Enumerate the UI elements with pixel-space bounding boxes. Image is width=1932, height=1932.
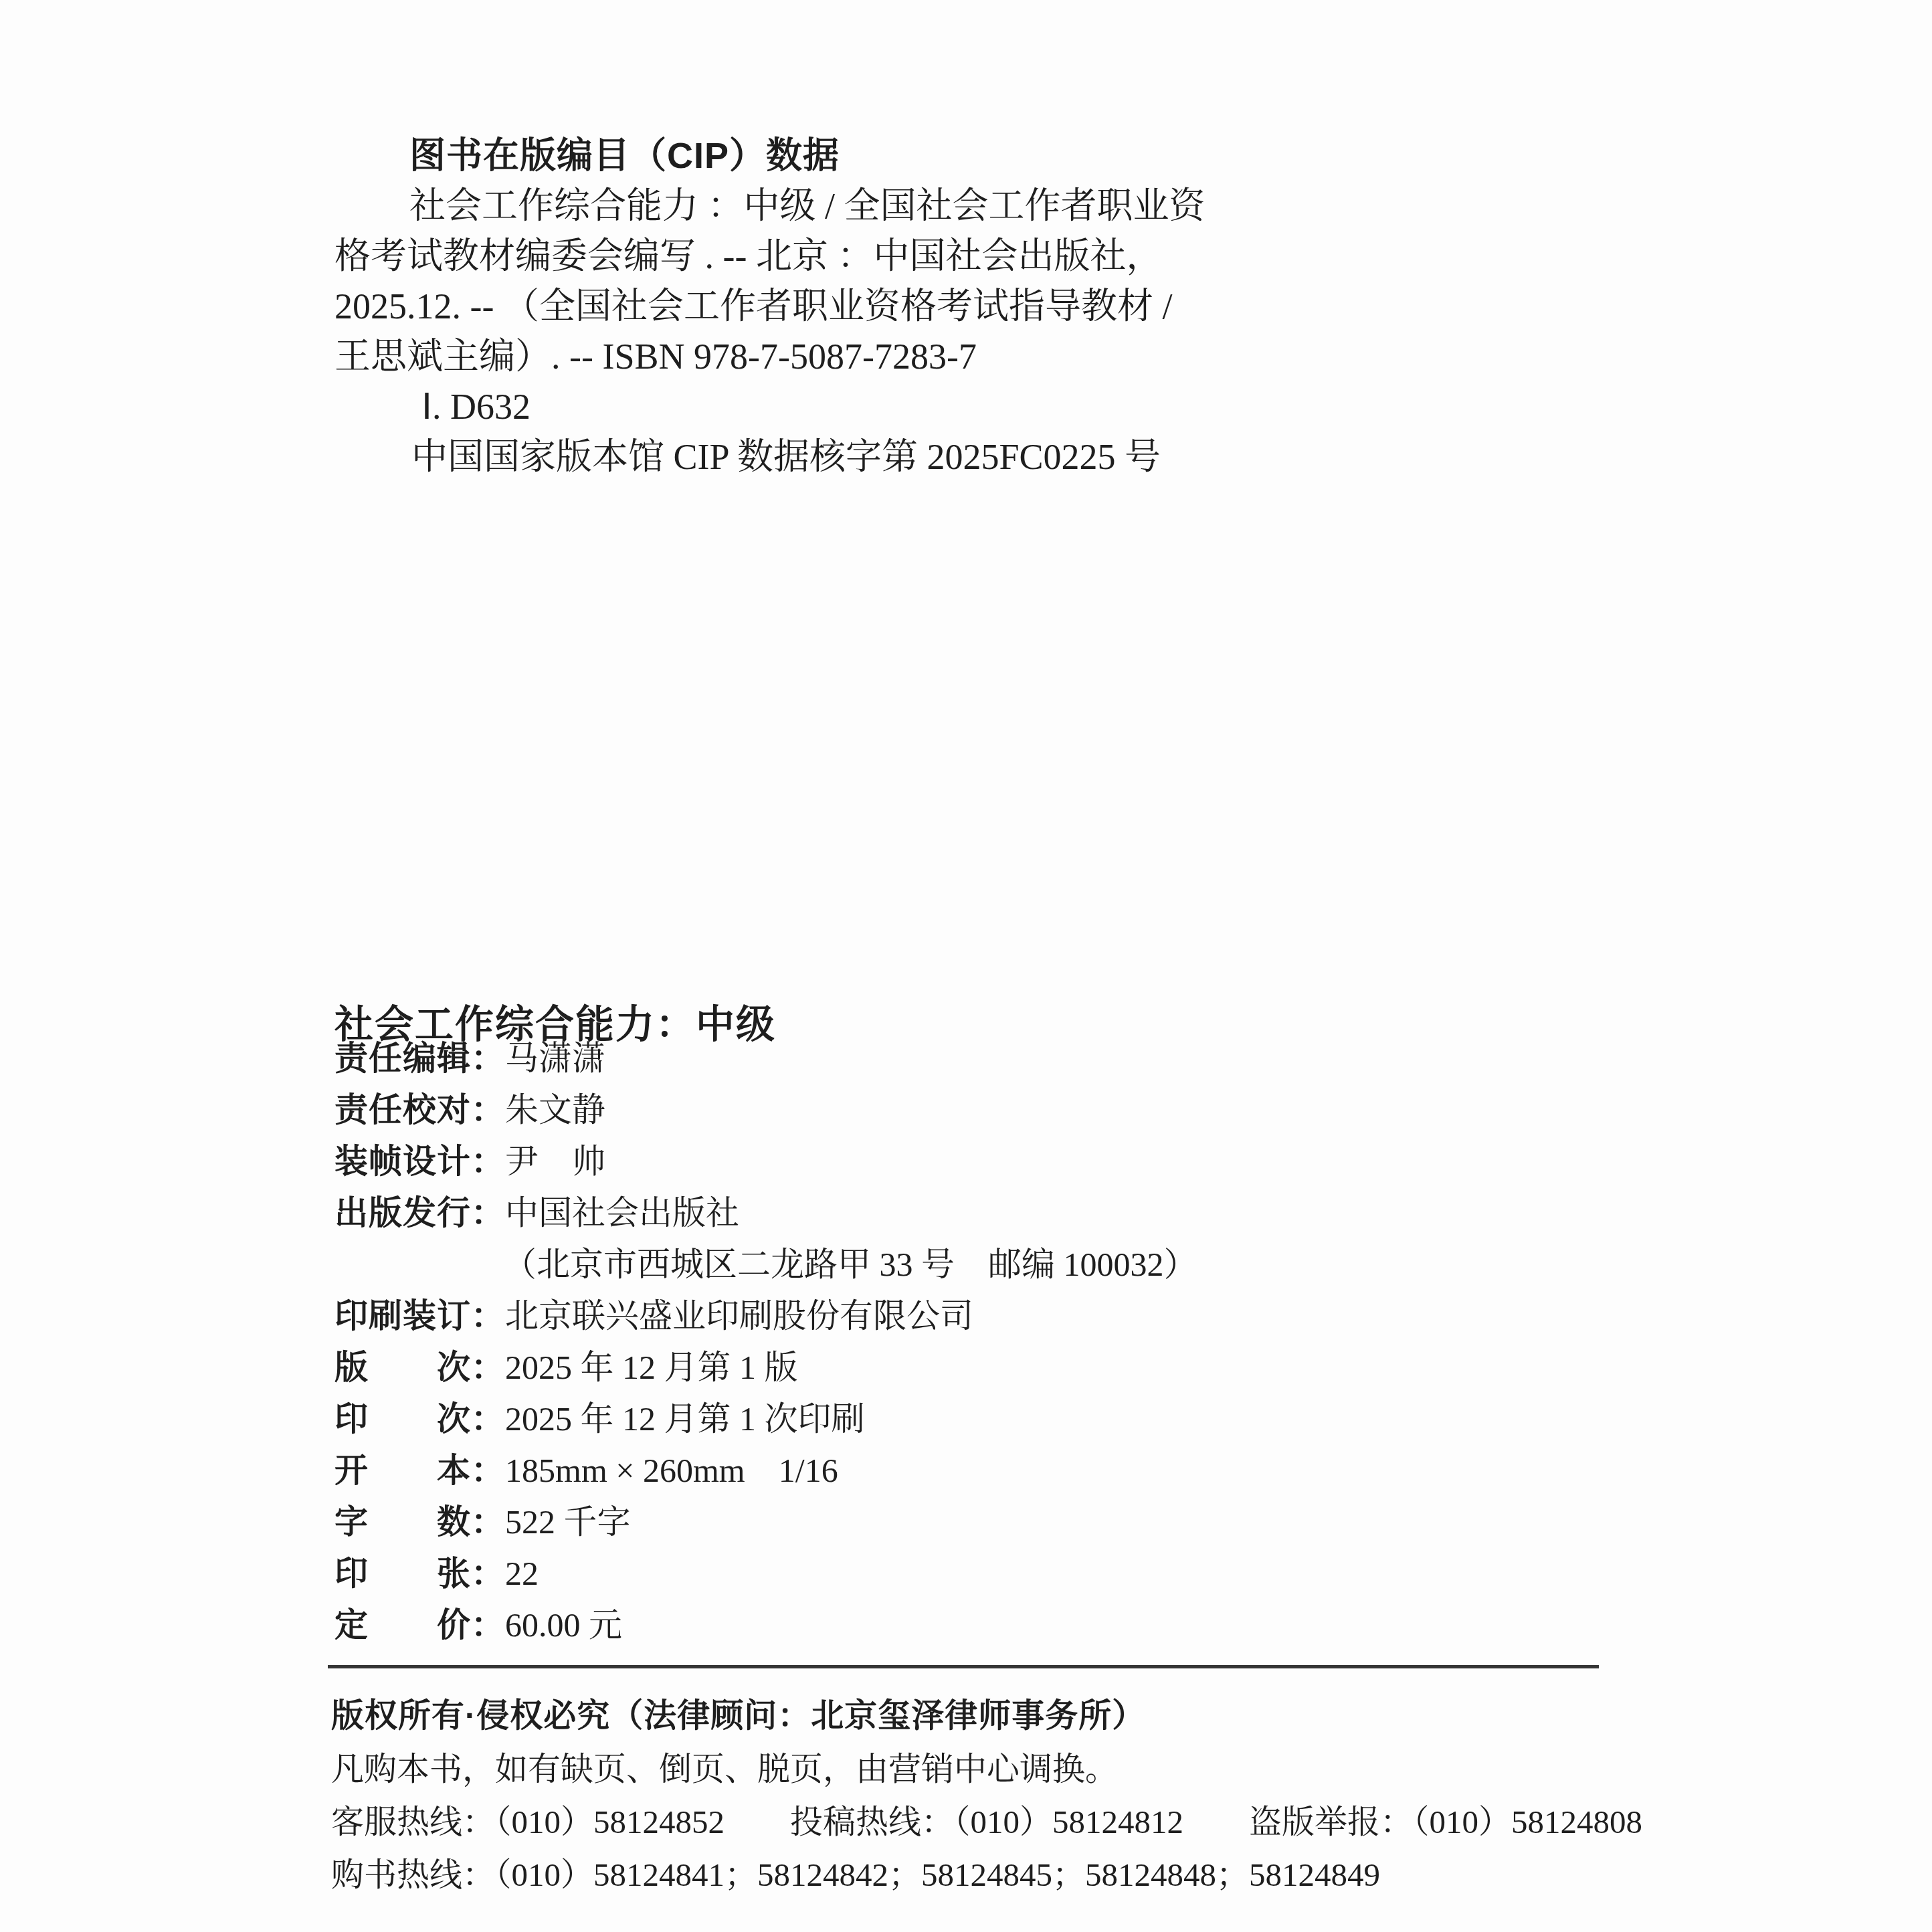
row-value: 2025 年 12 月第 1 次印刷 — [505, 1400, 865, 1438]
cip-data-block: 图书在版编目（CIP）数据 社会工作综合能力 ：中级 / 全国社会工作者职业资 … — [334, 131, 1311, 482]
cip-line: 格考试教材编委会编写 . -- 北京 ：中国社会出版社， — [334, 231, 1311, 282]
row-label: 字 数： — [334, 1496, 505, 1548]
exchange-notice: 凡购本书，如有缺页、倒页、脱页，由营销中心调换。 — [331, 1743, 1642, 1796]
colophon-row-publisher-address: （北京市西城区二龙路甲 33 号 邮编 100032） — [334, 1239, 1197, 1290]
cip-line: 社会工作综合能力 ：中级 / 全国社会工作者职业资 — [334, 181, 1311, 231]
row-label: 印 张： — [334, 1548, 505, 1600]
row-value: 185mm × 260mm 1/16 — [505, 1452, 838, 1489]
cip-classification-line: Ⅰ. D632 — [334, 382, 1311, 432]
colophon-row-sheets: 印 张：22 — [334, 1548, 1197, 1600]
row-label: 印 次： — [334, 1393, 505, 1445]
colophon-row-proofreader: 责任校对：朱文静 — [334, 1084, 1197, 1136]
row-value: 522 千字 — [505, 1503, 631, 1541]
colophon-row-designer: 装帧设计：尹 帅 — [334, 1136, 1197, 1187]
colophon-row-edition: 版 次：2025 年 12 月第 1 版 — [334, 1342, 1197, 1393]
divider-rule — [328, 1665, 1599, 1668]
colophon-block: 责任编辑：马潇潇 责任校对：朱文静 装帧设计：尹 帅 出版发行：中国社会出版社 … — [334, 1033, 1197, 1651]
footer-block: 版权所有·侵权必究（法律顾问：北京玺泽律师事务所） 凡购本书，如有缺页、倒页、脱… — [331, 1690, 1642, 1901]
hotline-line-service: 客服热线：（010）58124852 投稿热线：（010）58124812 盗版… — [331, 1796, 1642, 1848]
row-value: 2025 年 12 月第 1 版 — [505, 1349, 798, 1386]
colophon-row-price: 定 价：60.00 元 — [334, 1600, 1197, 1651]
colophon-row-publisher: 出版发行：中国社会出版社 — [334, 1187, 1197, 1239]
row-label: 装帧设计： — [334, 1136, 505, 1187]
cip-header: 图书在版编目（CIP）数据 — [334, 131, 1311, 181]
row-value: 60.00 元 — [505, 1606, 622, 1644]
row-label: 责任编辑： — [334, 1033, 505, 1084]
row-label: 版 次： — [334, 1342, 505, 1393]
row-label: 定 价： — [334, 1600, 505, 1651]
row-label: 出版发行： — [334, 1187, 505, 1239]
colophon-row-word-count: 字 数：522 千字 — [334, 1496, 1197, 1548]
cip-line: 王思斌主编）. -- ISBN 978-7-5087-7283-7 — [334, 332, 1311, 382]
row-value: 尹 帅 — [505, 1143, 605, 1180]
row-value: 22 — [505, 1555, 539, 1592]
hotline-line-purchase: 购书热线：（010）58124841；58124842；58124845；581… — [331, 1848, 1642, 1901]
colophon-row-printer: 印刷装订：北京联兴盛业印刷股份有限公司 — [334, 1290, 1197, 1342]
cip-line: 2025.12. -- （全国社会工作者职业资格考试指导教材 / — [334, 282, 1311, 332]
cip-record-number-line: 中国国家版本馆 CIP 数据核字第 2025FC0225 号 — [334, 432, 1311, 482]
colophon-row-format: 开 本：185mm × 260mm 1/16 — [334, 1445, 1197, 1496]
row-value: 北京联兴盛业印刷股份有限公司 — [505, 1297, 973, 1335]
row-label: 责任校对： — [334, 1084, 505, 1136]
colophon-row-editor: 责任编辑：马潇潇 — [334, 1033, 1197, 1084]
row-value: 朱文静 — [505, 1091, 605, 1129]
row-value: 中国社会出版社 — [505, 1194, 739, 1232]
rights-notice: 版权所有·侵权必究（法律顾问：北京玺泽律师事务所） — [331, 1690, 1642, 1743]
row-label: 印刷装订： — [334, 1290, 505, 1342]
row-label: 开 本： — [334, 1445, 505, 1496]
colophon-row-impression: 印 次：2025 年 12 月第 1 次印刷 — [334, 1393, 1197, 1445]
copyright-page: 图书在版编目（CIP）数据 社会工作综合能力 ：中级 / 全国社会工作者职业资 … — [0, 0, 1932, 1932]
row-value: （北京市西城区二龙路甲 33 号 邮编 100032） — [503, 1246, 1197, 1283]
row-value: 马潇潇 — [505, 1040, 605, 1077]
